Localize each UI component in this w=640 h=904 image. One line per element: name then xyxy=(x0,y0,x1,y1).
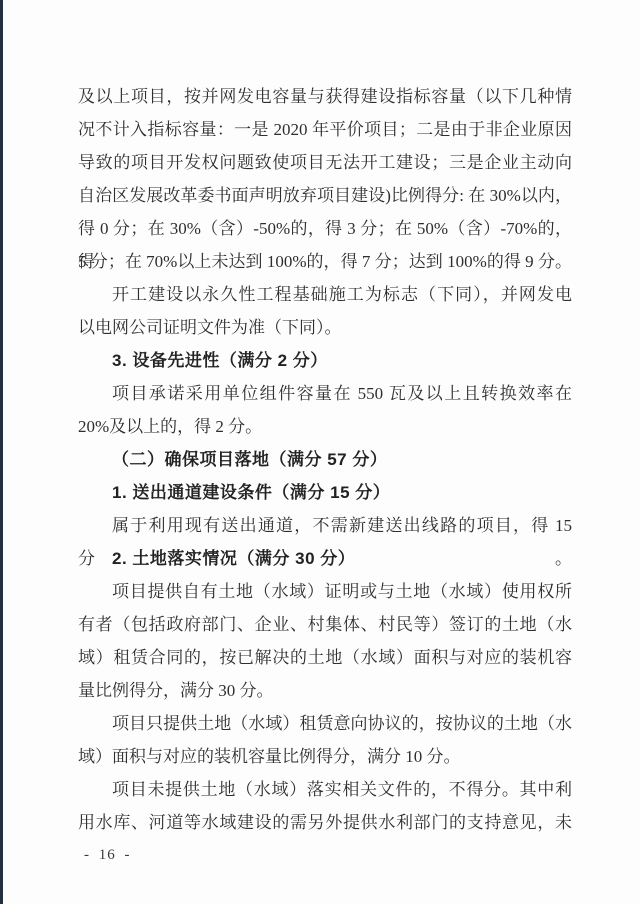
text-line: 属于利用现有送出通道，不需新建送出线路的项目，得 15 分。 xyxy=(78,509,572,542)
heading-line: 3. 设备先进性（满分 2 分） xyxy=(78,344,572,377)
text-line: 项目提供自有土地（水域）证明或与土地（水域）使用权所 xyxy=(78,575,572,608)
text-line: 量比例得分，满分 30 分。 xyxy=(78,674,572,707)
text-line: 开工建设以永久性工程基础施工为标志（下同），并网发电 xyxy=(78,278,572,311)
text-line: 项目只提供土地（水域）租赁意向协议的，按协议的土地（水 xyxy=(78,707,572,740)
text-line: 导致的项目开发权问题致使项目无法开工建设；三是企业主动向 xyxy=(78,146,572,179)
text-line: 用水库、河道等水域建设的需另外提供水利部门的支持意见，未 xyxy=(78,806,572,839)
page-number: - 16 - xyxy=(84,847,131,864)
text-line: 况不计入指标容量：一是 2020 年平价项目；二是由于非企业原因 xyxy=(78,113,572,146)
text-line: 项目未提供土地（水域）落实相关文件的，不得分。其中利 xyxy=(78,773,572,806)
text-line: 20%及以上的，得 2 分。 xyxy=(78,410,572,443)
text-line: 以电网公司证明文件为准（下同）。 xyxy=(78,311,572,344)
text-line: 自治区发展改革委书面声明放弃项目建设)比例得分: 在 30%以内， xyxy=(78,179,572,212)
heading-line: （二）确保项目落地（满分 57 分） xyxy=(78,443,572,476)
text-line: 域）面积与对应的装机容量比例得分，满分 10 分。 xyxy=(78,740,572,773)
text-line: 项目承诺采用单位组件容量在 550 瓦及以上且转换效率在 xyxy=(78,377,572,410)
text-line: 及以上项目，按并网发电容量与获得建设指标容量（以下几种情 xyxy=(78,80,572,113)
scan-edge-strip xyxy=(0,0,3,904)
heading-line: 1. 送出通道建设条件（满分 15 分） xyxy=(78,476,572,509)
scanned-document-page: { "document": { "page_number": "- 16 -",… xyxy=(0,0,640,904)
text-line: 域）租赁合同的，按已解决的土地（水域）面积与对应的装机容 xyxy=(78,641,572,674)
document-body: 及以上项目，按并网发电容量与获得建设指标容量（以下几种情况不计入指标容量：一是 … xyxy=(78,80,572,839)
text-line: 有者（包括政府部门、企业、村集体、村民等）签订的土地（水 xyxy=(78,608,572,641)
text-line: 得 0 分；在 30%（含）-50%的，得 3 分；在 50%（含）-70%的，… xyxy=(78,212,572,245)
text-line: 5 分；在 70%以上未达到 100%的，得 7 分；达到 100%的得 9 分… xyxy=(78,245,572,278)
